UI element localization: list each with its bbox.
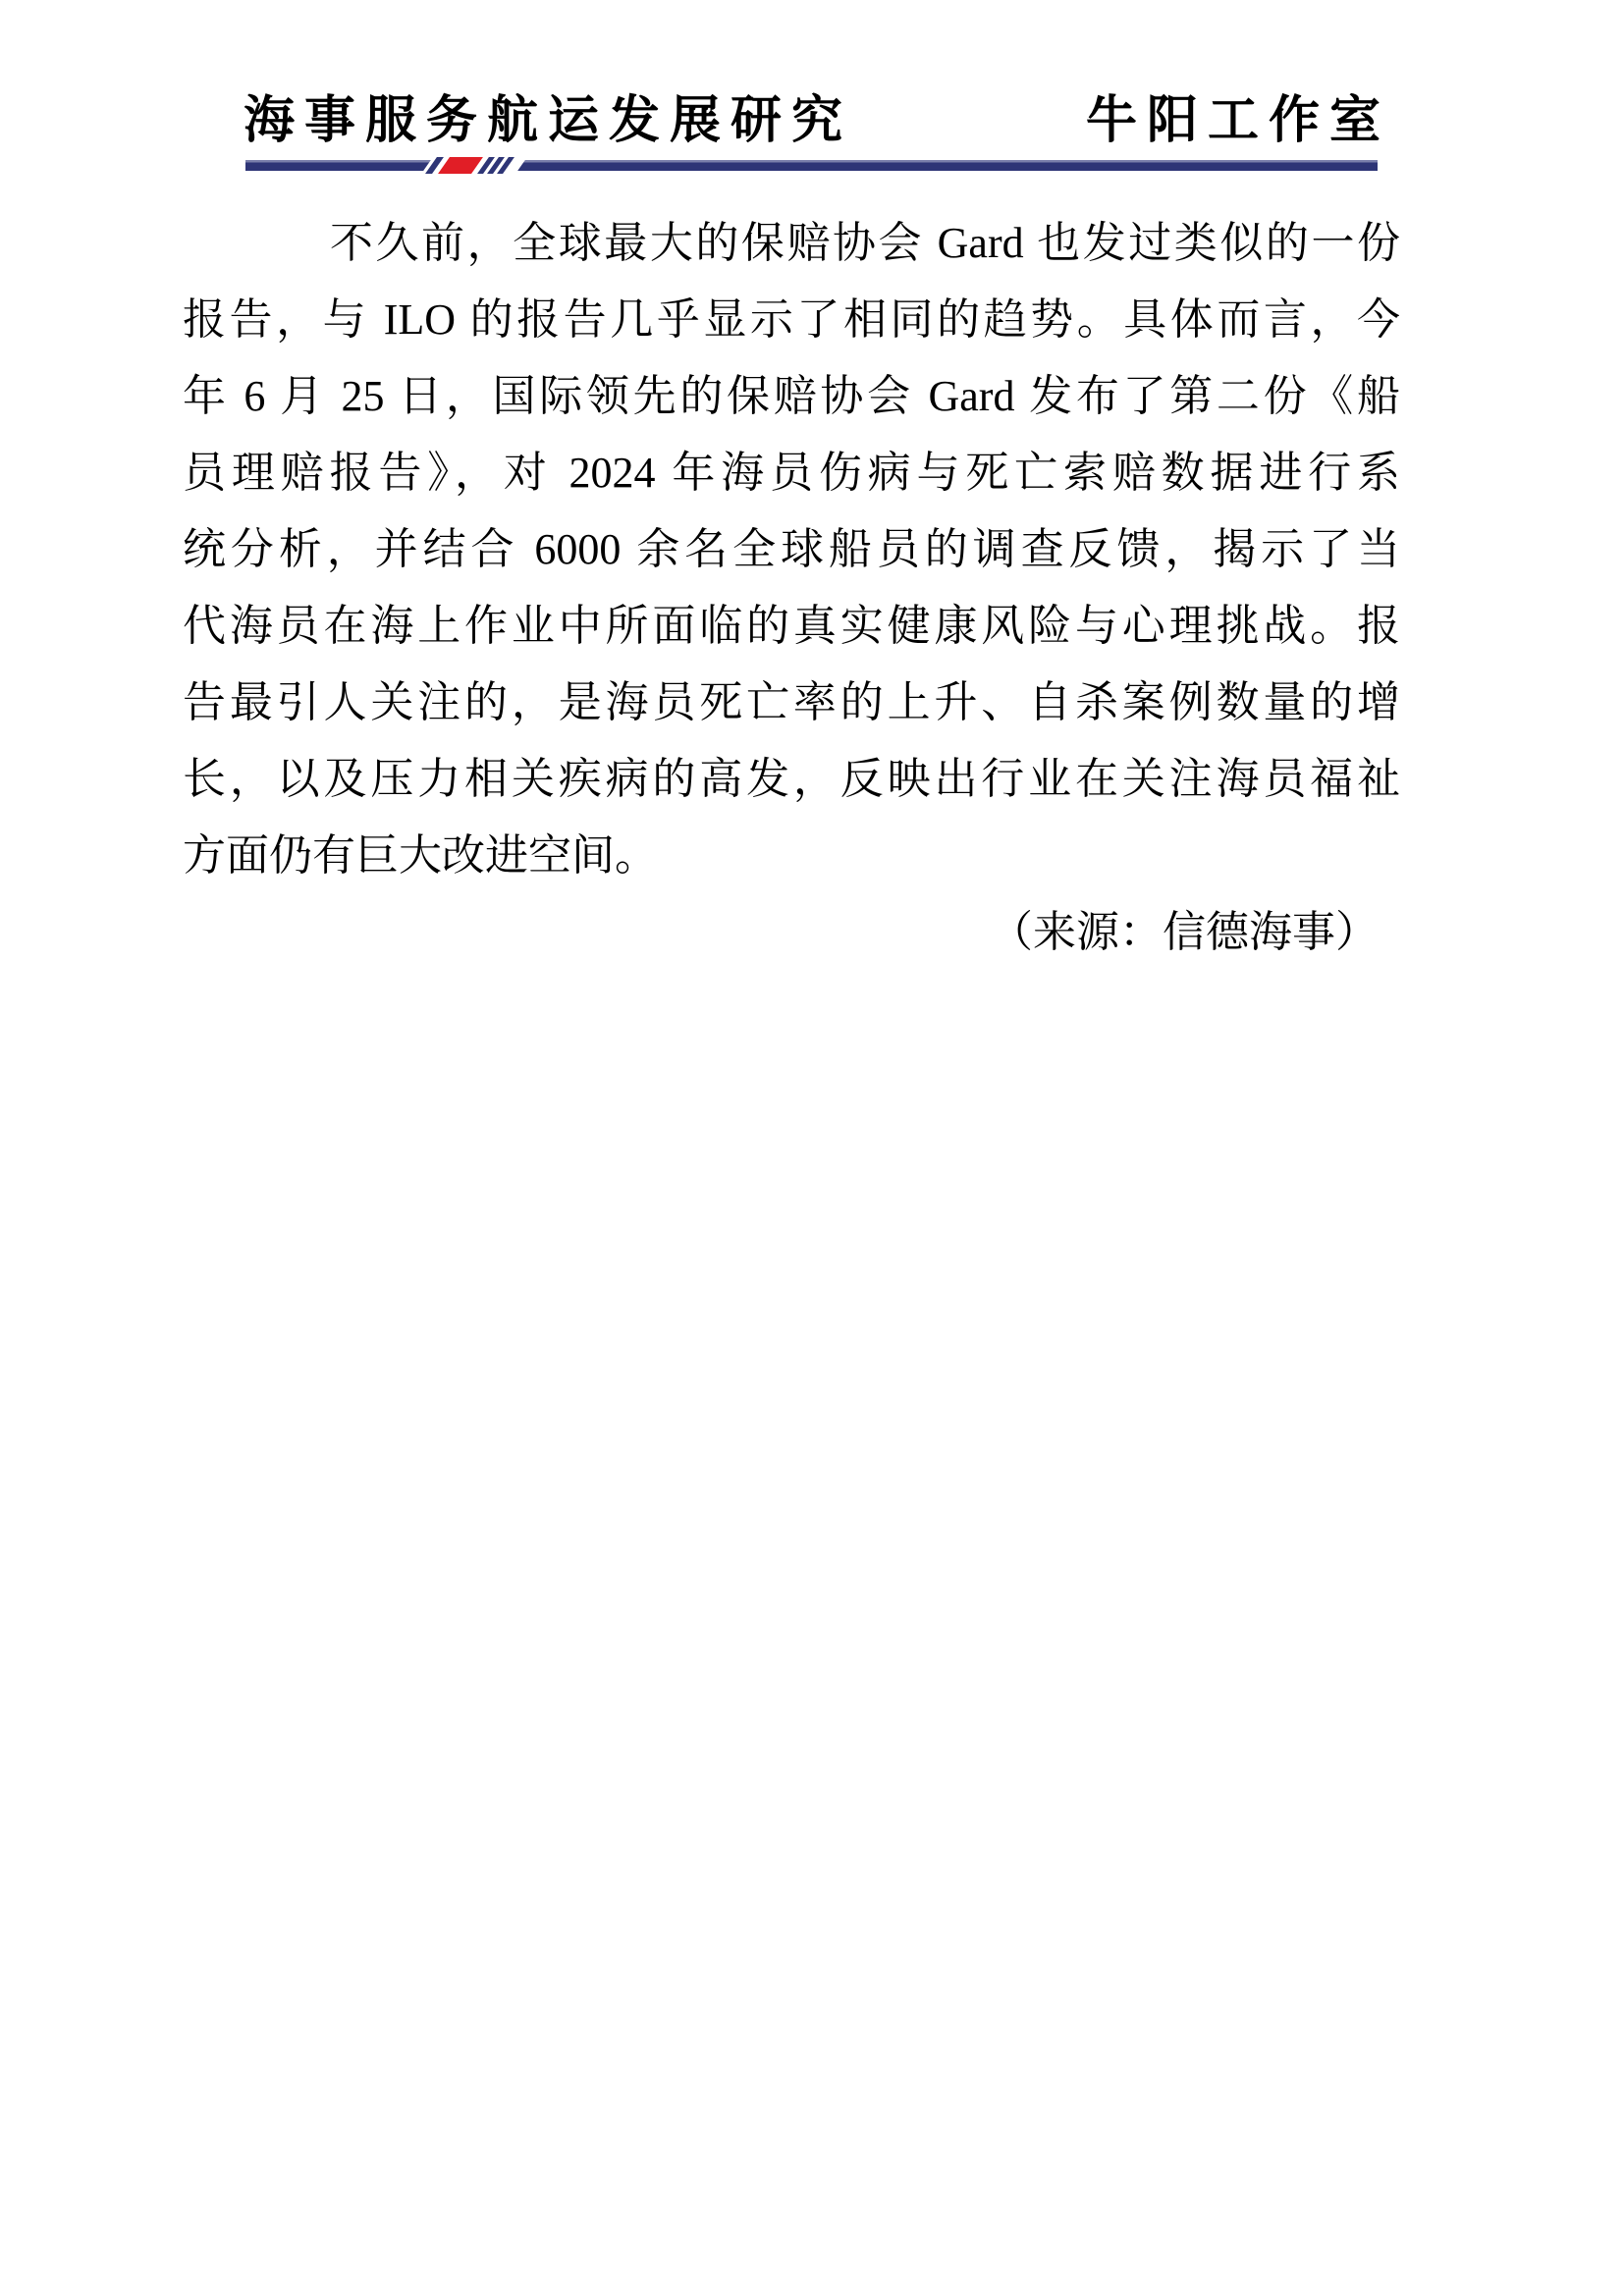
header-divider-rule xyxy=(245,160,1378,171)
source-attribution: （来源：信德海事） xyxy=(183,894,1400,971)
paragraph-line: 不久前，全球最大的保赔协会 Gard 也发过类似的一份 xyxy=(183,205,1400,282)
paragraph-line: 代海员在海上作业中所面临的真实健康风险与心理挑战。报 xyxy=(183,588,1400,665)
paragraph-line: 方面仍有巨大改进空间。 xyxy=(183,818,1400,894)
header: 海事服务航运发展研究 牛阳工作室 xyxy=(244,90,1380,151)
paragraph-line: 年 6 月 25 日，国际领先的保赔协会 Gard 发布了第二份《船 xyxy=(183,358,1400,435)
document-page: 海事服务航运发展研究 牛阳工作室 不久前，全球最大的保赔协会 Gard 也发过类… xyxy=(0,0,1624,2296)
paragraph-line: 报告，与 ILO 的报告几乎显示了相同的趋势。具体而言，今 xyxy=(183,282,1400,358)
paragraph-line: 统分析，并结合 6000 余名全球船员的调查反馈，揭示了当 xyxy=(183,511,1400,588)
paragraph-line: 长，以及压力相关疾病的高发，反映出行业在关注海员福祉 xyxy=(183,741,1400,818)
header-right-title: 牛阳工作室 xyxy=(1086,90,1390,151)
paragraph-line: 员理赔报告》，对 2024 年海员伤病与死亡索赔数据进行系 xyxy=(183,435,1400,511)
header-left-title: 海事服务航运发展研究 xyxy=(244,90,852,151)
paragraph-line: 告最引人关注的，是海员死亡率的上升、自杀案例数量的增 xyxy=(183,665,1400,741)
divider-stripe-decoration xyxy=(421,157,527,174)
article-body: 不久前，全球最大的保赔协会 Gard 也发过类似的一份报告，与 ILO 的报告几… xyxy=(183,205,1400,971)
